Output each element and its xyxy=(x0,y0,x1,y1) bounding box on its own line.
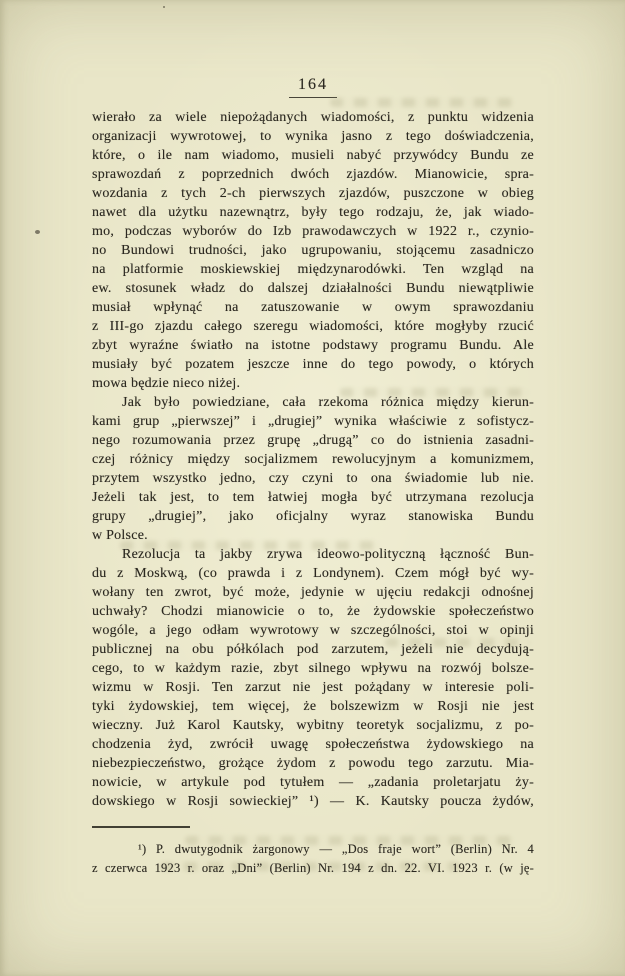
paper-speck xyxy=(163,6,165,8)
footnote-line: ¹) P. dwutygodnik żargonowy — „Dos fraje… xyxy=(92,840,534,859)
text-line: nowicie, w artykule pod tytułem — „zadan… xyxy=(92,773,534,792)
text-line: no Bundowi trudności, jako ugrupowaniu, … xyxy=(92,241,534,260)
scanned-book-page: 164 wierało za wiele niepożądanych wiado… xyxy=(0,0,625,976)
text-line: nego rozumowania przez grupę „drugą” co … xyxy=(92,431,534,450)
text-line: przytem wszystko jedno, czy czyni to ona… xyxy=(92,469,534,488)
text-line: wierało za wiele niepożądanych wiadomośc… xyxy=(92,108,534,127)
text-line: z III-go zjazdu całego szeregu wiadomośc… xyxy=(92,317,534,336)
text-line: które, o ile nam wiadomo, musieli nabyć … xyxy=(92,146,534,165)
show-through-smudge xyxy=(330,98,515,107)
text-line: nawet dla użytku nazewnątrz, były tego r… xyxy=(92,203,534,222)
text-line: Jak było powiedziane, cała rzekoma różni… xyxy=(92,393,534,412)
text-line: musiały być pozatem jeszcze inne do tego… xyxy=(92,355,534,374)
paper-speck xyxy=(35,230,40,234)
footnote-rule xyxy=(92,826,190,828)
text-line: grupy „drugiej”, jako oficjalny wyraz st… xyxy=(92,507,534,526)
text-line: wołany ten zwrot, być może, jedynie w uj… xyxy=(92,583,534,602)
text-line: publicznej na obu półkólach pod zarzutem… xyxy=(92,640,534,659)
text-line: wieczny. Już Karol Kautsky, wybitny teor… xyxy=(92,716,534,735)
page-header: 164 xyxy=(92,76,534,98)
text-line: na platformie moskiewskiej międzynarodów… xyxy=(92,260,534,279)
text-line: dowskiego w Rosji sowieckiej” ¹) — K. Ka… xyxy=(92,792,534,811)
text-line: niebezpieczeństwo, grożące żydom z powod… xyxy=(92,754,534,773)
text-line: wogóle, a jego odłam wywrotowy w szczegó… xyxy=(92,621,534,640)
text-line: organizacji wywrotowej, to wynika jasno … xyxy=(92,127,534,146)
text-line: mowa będzie nieco niżej. xyxy=(92,374,534,393)
text-line: mo, podczas wyborów do Izb prawodawczych… xyxy=(92,222,534,241)
footnote: ¹) P. dwutygodnik żargonowy — „Dos fraje… xyxy=(92,840,534,878)
text-line: uchwały? Chodzi mianowicie o to, że żydo… xyxy=(92,602,534,621)
text-line: czej różnicy między socjalizmem rewolucy… xyxy=(92,450,534,469)
text-line: sprawozdań z poprzednich dwóch zjazdów. … xyxy=(92,165,534,184)
text-line: zbyt wyraźne światło na istotne podstawy… xyxy=(92,336,534,355)
text-line: Rezolucja ta jakby zrywa ideowo-politycz… xyxy=(92,545,534,564)
text-line: wizmu w Rosji. Ten zarzut nie jest pożąd… xyxy=(92,678,534,697)
text-line: musiał wpłynąć na zatuszowanie w owym sp… xyxy=(92,298,534,317)
page-number: 164 xyxy=(289,76,337,98)
body-text: wierało za wiele niepożądanych wiadomośc… xyxy=(92,108,534,811)
text-line: ew. stosunek władz do dalszej działalnoś… xyxy=(92,279,534,298)
text-line: cego, to w każdym razie, zbyt silnego wp… xyxy=(92,659,534,678)
text-line: Jeżeli tak jest, to tem łatwiej mogła by… xyxy=(92,488,534,507)
text-line: tyki żydowskiej, tem więcej, że bolszewi… xyxy=(92,697,534,716)
text-line: kami grup „pierwszej” i „drugiej” wynika… xyxy=(92,412,534,431)
text-line: w Polsce. xyxy=(92,526,534,545)
footnote-line: z czerwca 1923 r. oraz „Dni” (Berlin) Nr… xyxy=(92,859,534,878)
text-line: wozdania z tych 2-ch pierwszych zjazdów,… xyxy=(92,184,534,203)
text-line: du z Moskwą, (co prawda i z Londynem). C… xyxy=(92,564,534,583)
text-line: chodzenia żyd, zwrócił uwagę społeczeńst… xyxy=(92,735,534,754)
